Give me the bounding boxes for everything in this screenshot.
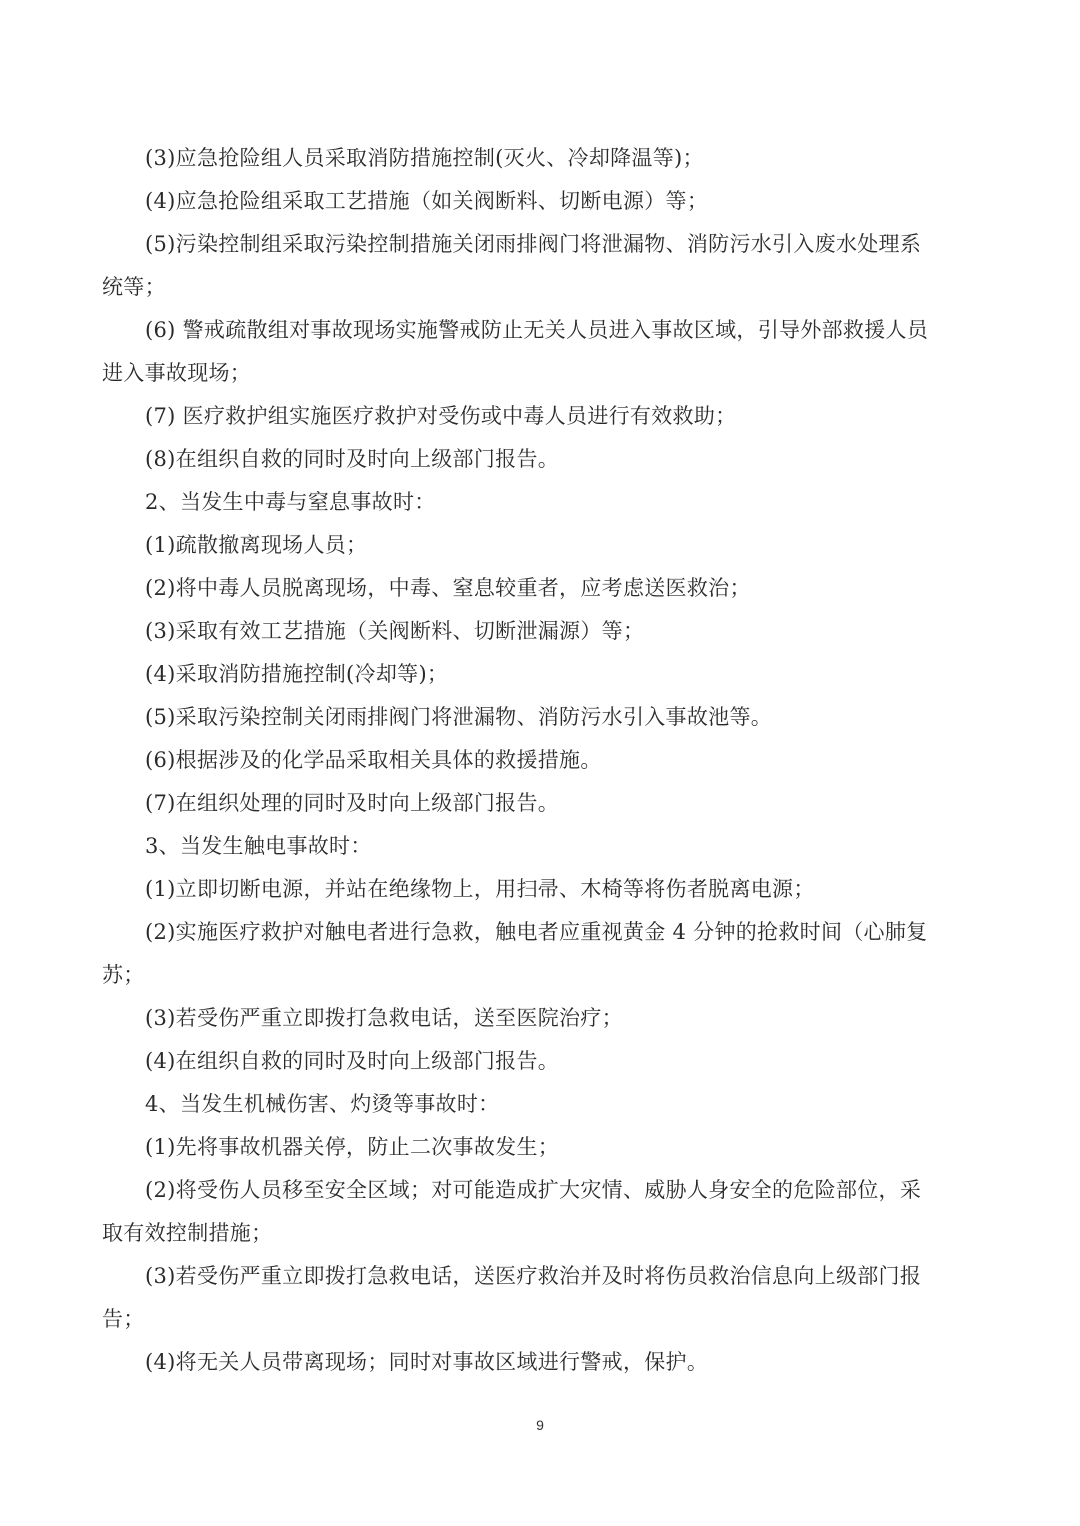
paragraph-line: (8)在组织自救的同时及时向上级部门报告。	[145, 444, 947, 474]
paragraph-line: 4、当发生机械伤害、灼烫等事故时：	[145, 1089, 947, 1119]
paragraph-line: (5)污染控制组采取污染控制措施关闭雨排阀门将泄漏物、消防污水引入废水处理系	[145, 229, 947, 259]
paragraph-line: (1)立即切断电源，并站在绝缘物上，用扫帚、木椅等将伤者脱离电源；	[145, 874, 947, 904]
paragraph-line: (5)采取污染控制关闭雨排阀门将泄漏物、消防污水引入事故池等。	[145, 702, 947, 732]
paragraph-line: (3)若受伤严重立即拨打急救电话，送至医院治疗；	[145, 1003, 947, 1033]
paragraph-continuation-line: 统等；	[102, 272, 947, 302]
paragraph-line: (1)疏散撤离现场人员；	[145, 530, 947, 560]
paragraph-line: (4)应急抢险组采取工艺措施（如关阀断料、切断电源）等；	[145, 186, 947, 216]
paragraph-line: (7) 医疗救护组实施医疗救护对受伤或中毒人员进行有效救助；	[145, 401, 947, 431]
paragraph-line: (4)在组织自救的同时及时向上级部门报告。	[145, 1046, 947, 1076]
paragraph-line: (6)根据涉及的化学品采取相关具体的救援措施。	[145, 745, 947, 775]
paragraph-line: (6) 警戒疏散组对事故现场实施警戒防止无关人员进入事故区域，引导外部救援人员	[145, 315, 947, 345]
paragraph-line: (4)采取消防措施控制(冷却等)；	[145, 659, 947, 689]
paragraph-line: (7)在组织处理的同时及时向上级部门报告。	[145, 788, 947, 818]
document-page: (3)应急抢险组人员采取消防措施控制(灭火、冷却降温等)；(4)应急抢险组采取工…	[0, 0, 1080, 1526]
paragraph-continuation-line: 取有效控制措施；	[102, 1218, 947, 1248]
page-number: 9	[0, 1417, 1080, 1433]
paragraph-line: 2、当发生中毒与窒息事故时：	[145, 487, 947, 517]
paragraph-line: (2)实施医疗救护对触电者进行急救，触电者应重视黄金 4 分钟的抢救时间（心肺复	[145, 917, 947, 947]
paragraph-line: (3)应急抢险组人员采取消防措施控制(灭火、冷却降温等)；	[145, 143, 947, 173]
paragraph-line: (2)将受伤人员移至安全区域；对可能造成扩大灾情、威胁人身安全的危险部位，采	[145, 1175, 947, 1205]
paragraph-line: (4)将无关人员带离现场；同时对事故区域进行警戒，保护。	[145, 1347, 947, 1377]
paragraph-continuation-line: 苏；	[102, 960, 947, 990]
paragraph-line: (3)采取有效工艺措施（关阀断料、切断泄漏源）等；	[145, 616, 947, 646]
paragraph-continuation-line: 进入事故现场；	[102, 358, 947, 388]
paragraph-continuation-line: 告；	[102, 1304, 947, 1334]
paragraph-line: (2)将中毒人员脱离现场，中毒、窒息较重者，应考虑送医救治；	[145, 573, 947, 603]
paragraph-line: (1)先将事故机器关停，防止二次事故发生；	[145, 1132, 947, 1162]
paragraph-line: (3)若受伤严重立即拨打急救电话，送医疗救治并及时将伤员救治信息向上级部门报	[145, 1261, 947, 1291]
paragraph-line: 3、当发生触电事故时：	[145, 831, 947, 861]
